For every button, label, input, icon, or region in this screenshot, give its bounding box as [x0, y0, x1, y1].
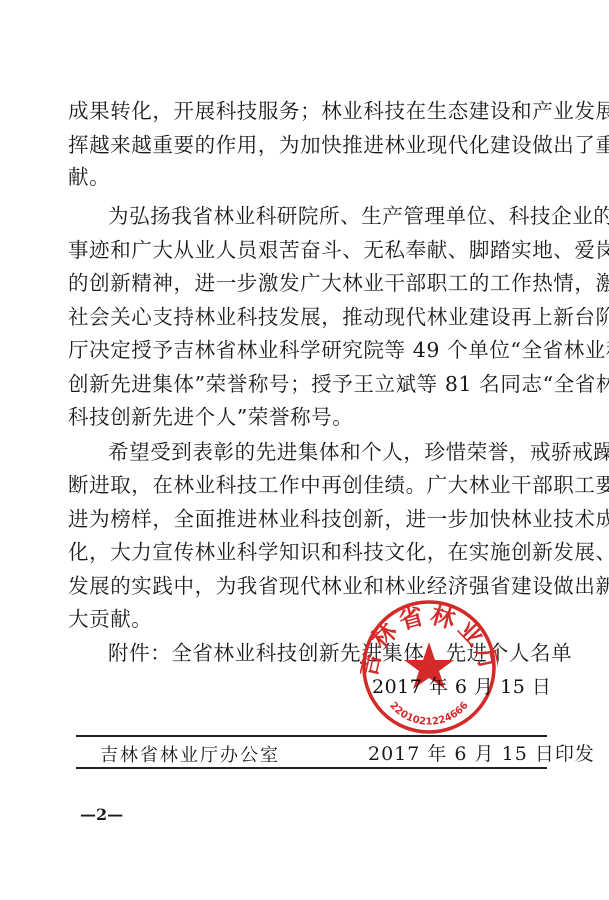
footer-bottom-rule [76, 767, 547, 769]
paragraph-2-line-3: 的创新精神，进一步激发广大林业干部职工的工作热情，激励全 [68, 270, 558, 296]
paragraph-2-line-2: 事迹和广大从业人员艰苦奋斗、无私奉献、脚踏实地、爱岗敬业 [68, 237, 558, 263]
paragraph-2-line-5: 厅决定授予吉林省林业科学研究院等 49 个单位“全省林业科技 [68, 337, 558, 363]
paragraph-2-line-7: 科技创新先进个人”荣誉称号。 [68, 404, 558, 430]
paragraph-3-line-1: 希望受到表彰的先进集体和个人，珍惜荣誉，戒骄戒躁，不 [108, 439, 558, 465]
paragraph-3-line-4: 化，大力宣传林业科学知识和科技文化，在实施创新发展、绿色 [68, 539, 558, 565]
paragraph-3-line-3: 进为榜样，全面推进林业科技创新，进一步加快林业技术成果转 [68, 506, 558, 532]
official-seal-icon: 吉林省林业厅 2201021224666 [360, 598, 498, 736]
signature-date: 2017 年 6 月 15 日 [372, 672, 551, 699]
paragraph-1-line-3: 献。 [68, 164, 558, 190]
footer-top-rule [76, 735, 547, 737]
footer-issuer: 吉林省林业厅办公室 [100, 741, 280, 767]
paragraph-2-line-6: 创新先进集体”荣誉称号；授予王立斌等 81 名同志“全省林业 [68, 371, 558, 397]
paragraph-3-line-5: 发展的实践中，为我省现代林业和林业经济强省建设做出新的更 [68, 573, 558, 599]
paragraph-2-line-1: 为弘扬我省林业科研院所、生产管理单位、科技企业的先进 [108, 203, 558, 229]
paragraph-1-line-2: 挥越来越重要的作用，为加快推进林业现代化建设做出了重要贡 [68, 132, 558, 158]
page-number: —2— [80, 805, 123, 824]
paragraph-1-line-1: 成果转化，开展科技服务；林业科技在生态建设和产业发展中发 [68, 98, 558, 124]
paragraph-2-line-4: 社会关心支持林业科技发展，推动现代林业建设再上新台阶，省 [68, 304, 558, 330]
footer-print-date: 2017 年 6 月 15 日印发 [368, 739, 595, 766]
document-page: 成果转化，开展科技服务；林业科技在生态建设和产业发展中发 挥越来越重要的作用，为… [0, 0, 609, 900]
paragraph-3-line-2: 断进取，在林业科技工作中再创佳绩。广大林业干部职工要以先 [68, 472, 558, 498]
